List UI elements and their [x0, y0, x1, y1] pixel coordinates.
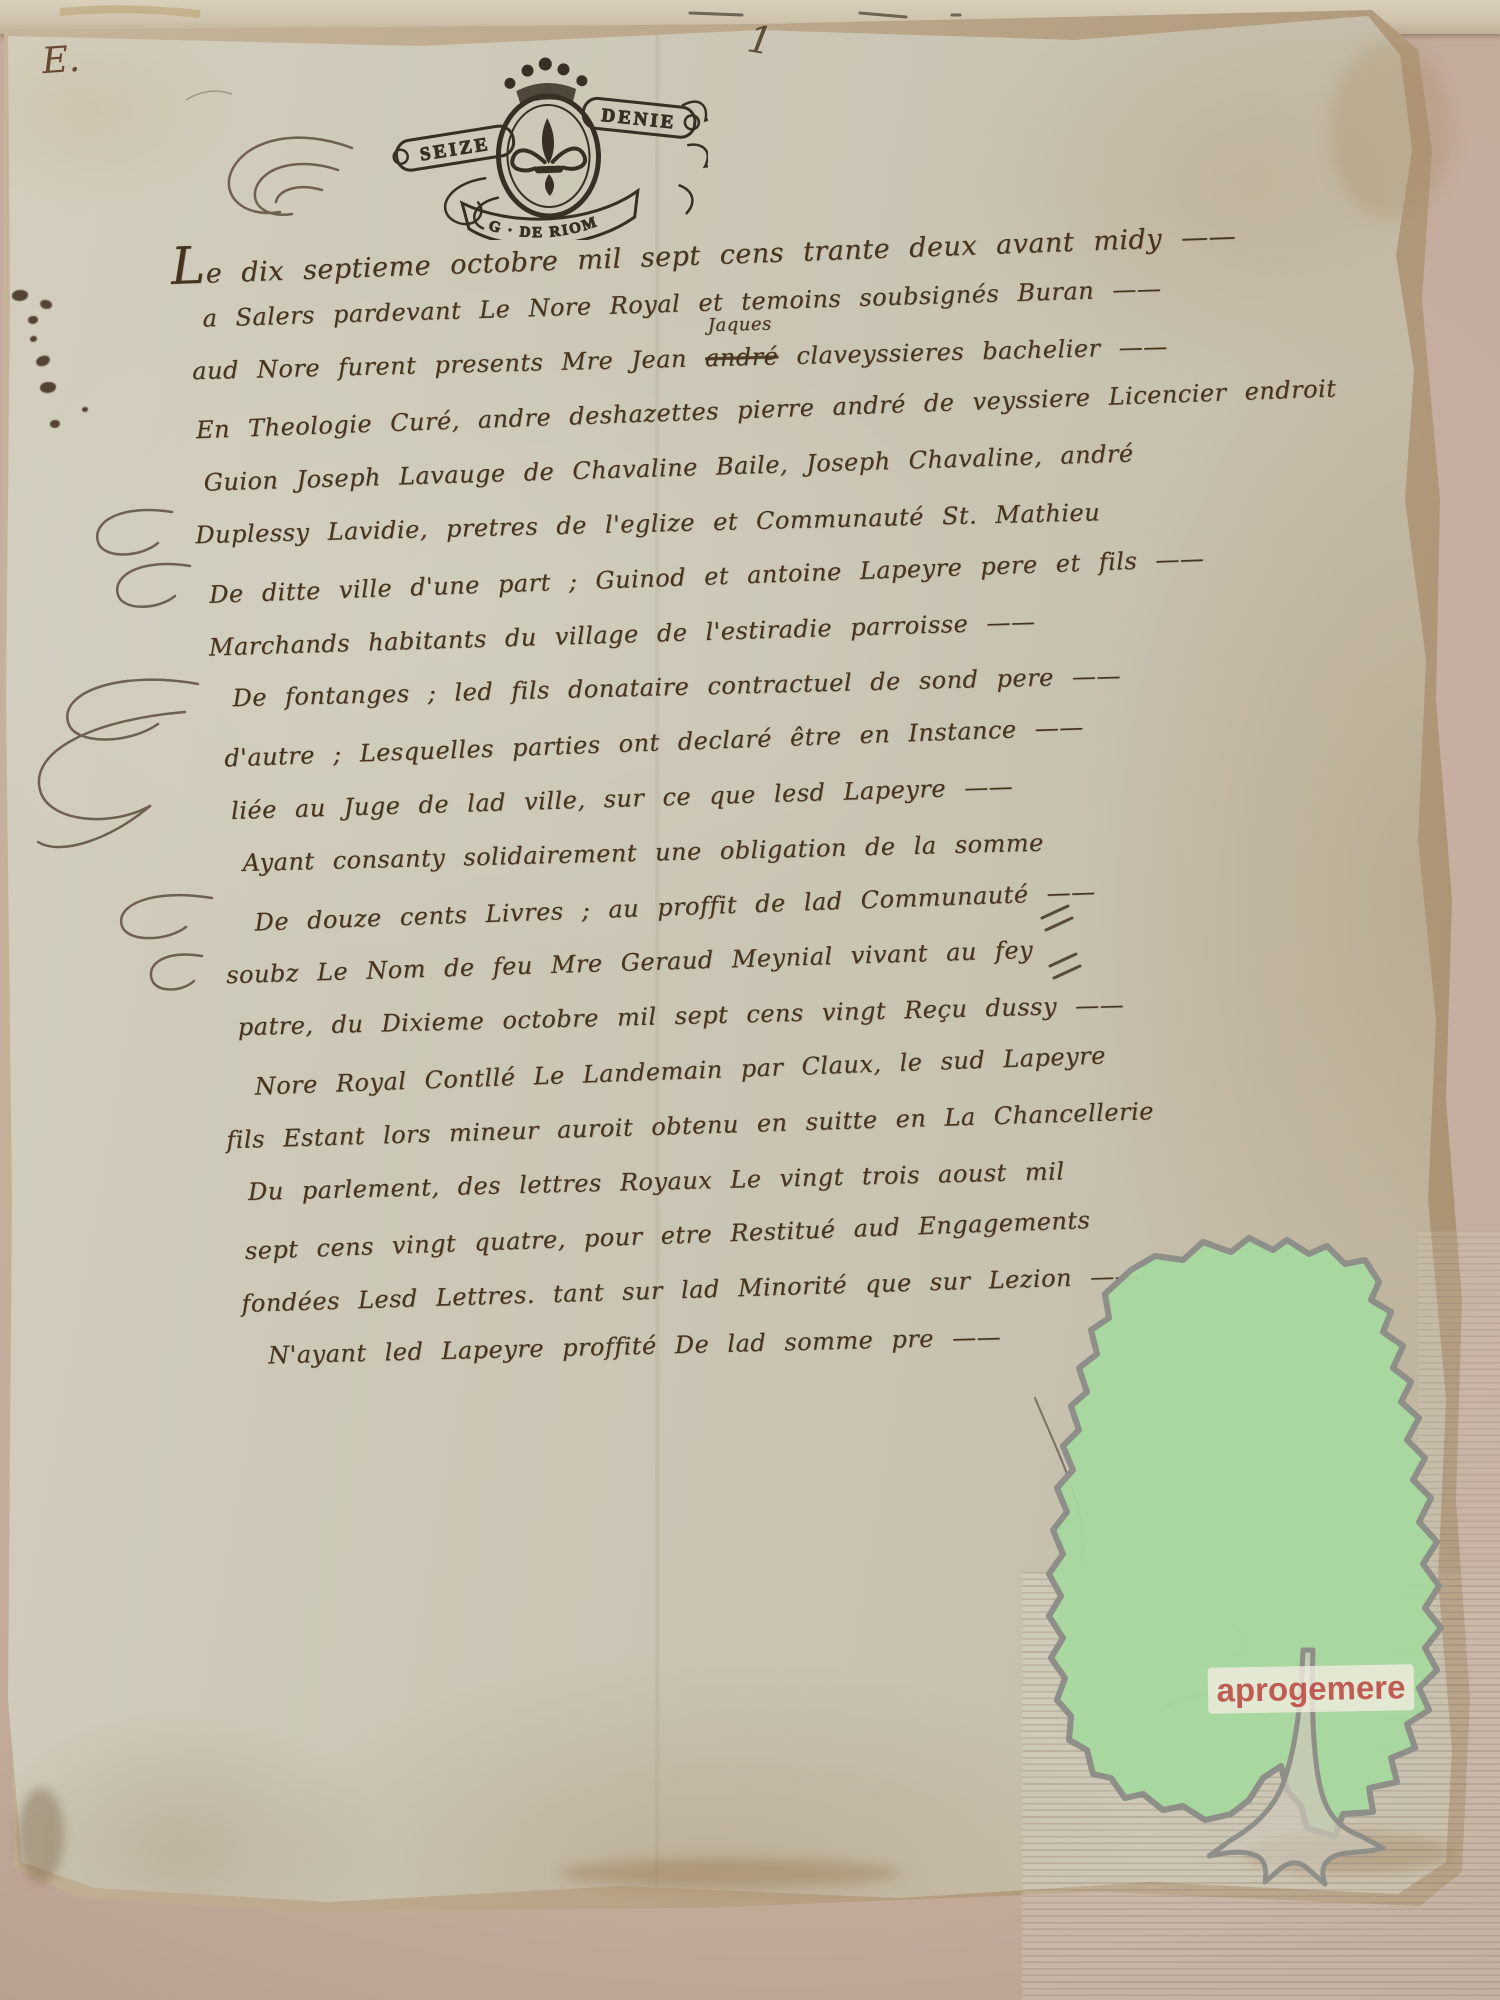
struck-word: andré	[705, 342, 779, 372]
inserted-word: Jaques	[708, 315, 772, 335]
manuscript-lines: Le dix septieme octobre mil sept cens tr…	[158, 209, 1129, 1389]
stamp-right-banner: DENIE	[582, 97, 701, 139]
fiscal-stamp: SEIZE DENIE G · DE RIOM	[388, 50, 708, 240]
archival-corner-mark: E.	[41, 39, 82, 83]
manuscript-scan: E. 1	[0, 0, 1500, 2000]
correction: Jaquesandré	[704, 329, 779, 386]
fleur-de-lis-icon	[511, 117, 587, 197]
